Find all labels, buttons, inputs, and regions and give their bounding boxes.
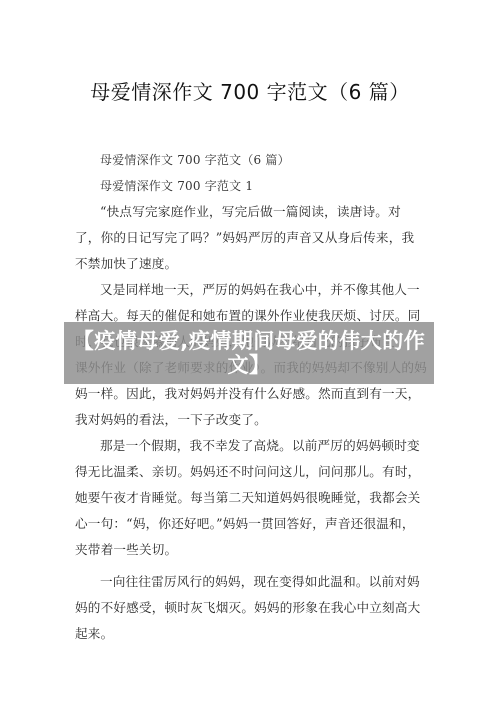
- body-text-line: 心一句：“妈，你还好吧。”妈妈一贯回答好，声音还很温和，: [75, 516, 415, 532]
- subtitle-line: 母爱情深作文 700 字范文 1: [100, 178, 253, 194]
- body-text-line: 妈的不好感受，顿时灰飞烟灭。妈妈的形象在我心中立刻高大: [75, 600, 420, 616]
- document-page: 母爱情深作文 700 字范文（6 篇） 母爱情深作文 700 字范文（6 篇）母…: [0, 0, 500, 706]
- title-overlay-banner[interactable]: 【疫情母爱,疫情期间母爱的伟大的作文】: [64, 322, 434, 384]
- document-title: 母爱情深作文 700 字范文（6 篇）: [0, 76, 500, 105]
- body-text-line: 得无比温柔、亲切。妈妈还不时问问这儿，问问那儿。有时，: [75, 464, 420, 480]
- body-text-line: 妈一样。因此，我对妈妈并没有什么好感。然而直到有一天，: [75, 386, 420, 402]
- subtitle-line: 母爱情深作文 700 字范文（6 篇）: [100, 152, 290, 168]
- body-text-line: 她要午夜才肯睡觉。每当第二天知道妈妈很晚睡觉，我都会关: [75, 490, 420, 506]
- body-text-line: 一向往往雷厉风行的妈妈，现在变得如此温和。以前对妈: [100, 574, 420, 590]
- body-text-line: 夹带着一些关切。: [75, 542, 177, 558]
- body-text-line: 起来。: [75, 626, 113, 642]
- body-text-line: 我对妈妈的看法，一下子改变了。: [75, 412, 267, 428]
- body-text-line: “快点写完家庭作业，写完后做一篇阅读，读唐诗。对: [100, 204, 401, 220]
- body-text-line: 了，你的日记写完了吗？”妈妈严厉的声音又从身后传来，我: [75, 230, 414, 246]
- banner-title: 【疫情母爱,疫情期间母爱的伟大的作文】: [69, 329, 429, 377]
- body-text-line: 不禁加快了速度。: [75, 256, 177, 272]
- body-text-line: 又是同样地一天，严厉的妈妈在我心中，并不像其他人一: [100, 282, 420, 298]
- body-text-line: 那是一个假期，我不幸发了高烧。以前严厉的妈妈顿时变: [100, 438, 420, 454]
